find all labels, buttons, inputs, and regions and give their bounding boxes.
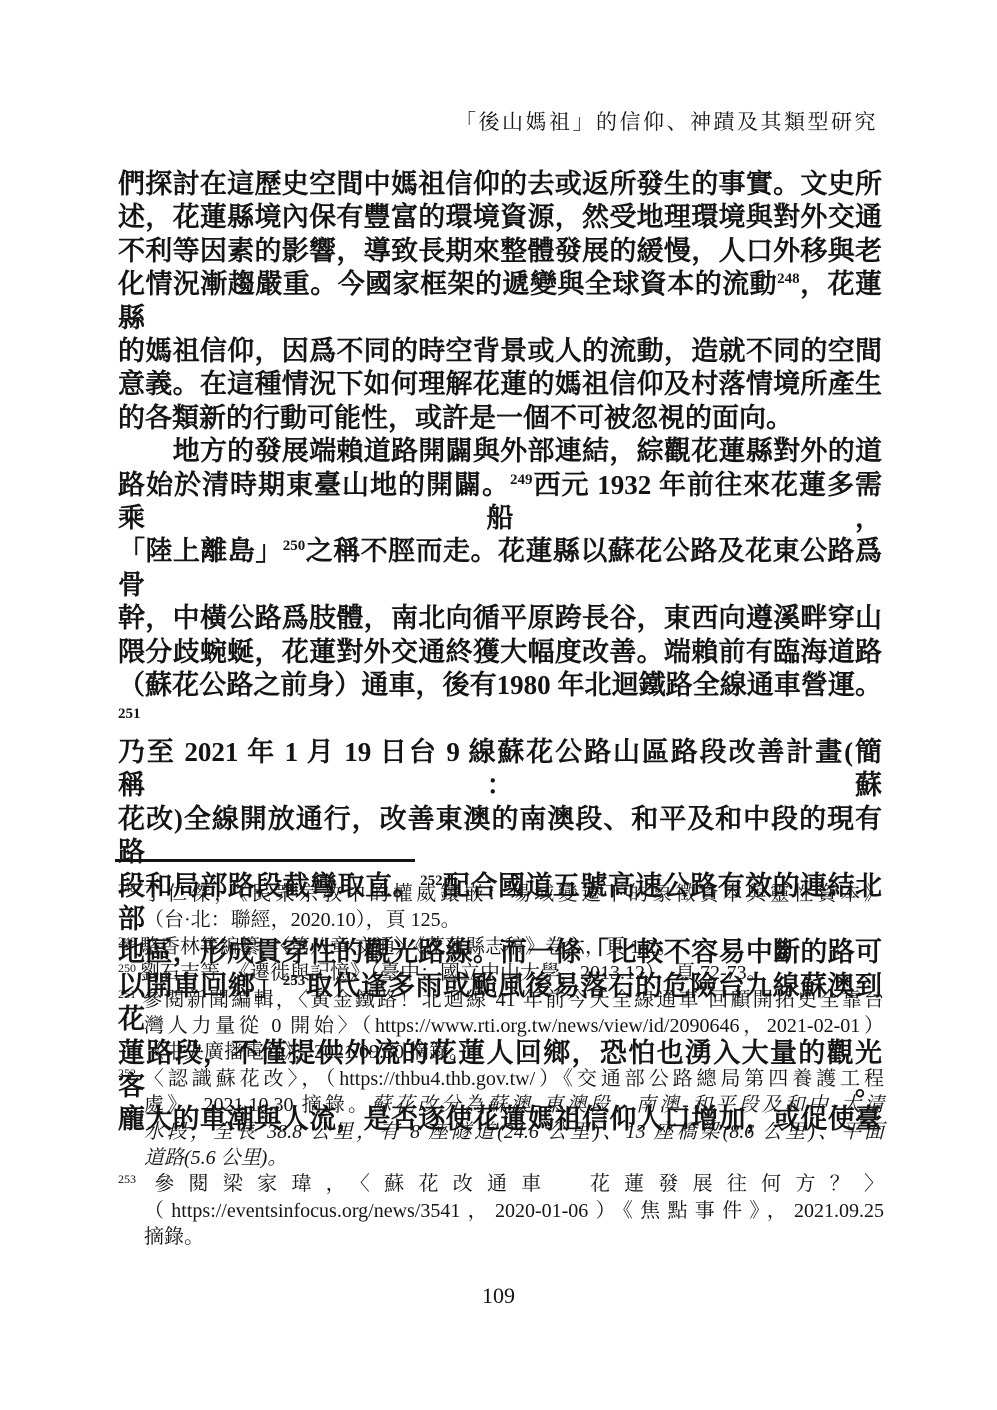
text-segment: 意義。在這種情況下如何理解花蓮的媽祖信仰及村落情境所產生	[118, 369, 882, 399]
footnote-ref: 249	[510, 472, 533, 488]
footnote-line: 處》，2021.10.30 摘錄。蘇花改分為蘇澳-東澳段、南澳-和平段及和中-大…	[118, 1092, 884, 1118]
footnote-ref: 251	[118, 706, 141, 722]
text-line: 路始於清時期東臺山地的開闢。249西元 1932 年前往來花蓮多需乘船，	[118, 469, 882, 536]
text-segment: 〈認識蘇花改〉，（https://thbu4.thb.gov.tw/）《交通部公…	[140, 1068, 884, 1090]
text-segment: 參閱新聞編輯，〈黃金鐵路！北迴線 41 年前今天全線通車 回顧開拓史全靠台	[140, 989, 884, 1011]
text-segment: 幹，中橫公路爲肢體，南北向循平原跨長谷，東西向遵溪畔穿山	[118, 603, 882, 633]
text-line: 的媽祖信仰，因爲不同的時空背景或人的流動，造就不同的空間	[118, 335, 882, 368]
footnote-line: 《中央廣播電台》，2021.09.30 摘錄。	[118, 1039, 884, 1065]
text-segment: 處》，2021.10.30 摘錄。	[144, 1094, 371, 1116]
text-line: 地方的發展端賴道路開闢與外部連結，綜觀花蓮縣對外的道	[118, 435, 882, 468]
running-header: 「後山媽祖」的信仰、神蹟及其類型研究	[118, 106, 878, 136]
footnote: 252〈認識蘇花改〉，（https://thbu4.thb.gov.tw/）《交…	[118, 1066, 884, 1092]
footnote-number: 252	[118, 1066, 136, 1080]
footnote-line: 水段，全長 38.8 公里，有 8 座隧道(24.6 公里)、13 座橋梁(8.…	[118, 1119, 884, 1145]
text-line: 乃至 2021 年 1 月 19 日台 9 線蘇花公路山區路段改善計畫(簡稱：蘇	[118, 736, 882, 803]
text-segment: 丁仁傑，《民衆宗教中的權威鑲嵌：場域變遷下的象徵資本與靈性資本》	[140, 883, 884, 905]
footnote-number: 253	[118, 1172, 136, 1186]
text-segment: 隈分歧蜿蜒，花蓮對外交通終獲大幅度改善。端賴前有臨海道路	[118, 637, 882, 667]
footnote-line: （台·北：聯經，2020.10），頁 125。	[118, 907, 884, 933]
text-segment: （台·北：聯經，2020.10），頁 125。	[144, 909, 461, 931]
text-segment: 的媽祖信仰，因爲不同的時空背景或人的流動，造就不同的空間	[118, 336, 882, 366]
text-segment: 劉石吉等，《遷徙與記憶》（臺中：國立中山大學，2013.12），頁 72-73。	[140, 962, 767, 984]
text-segment: 「陸上離島」	[118, 536, 283, 566]
footnote-number: 250	[118, 961, 136, 975]
text-segment: 化情況漸趨嚴重。今國家框架的遞變與全球資本的流動	[118, 269, 777, 299]
text-segment: （https://eventsinfocus.org/news/3541，202…	[144, 1200, 884, 1222]
footnote: 249駱香林等編纂，〈第八章 交通〉《花蓮縣志稿》卷六，頁 1-2。	[118, 934, 884, 960]
text-segment: 們探討在這歷史空間中媽祖信仰的去或返所發生的事實。文史所	[118, 169, 882, 199]
footnote-number: 248	[118, 881, 136, 895]
footnote-line: 道路(5.6 公里)。	[118, 1145, 884, 1171]
text-segment: 駱香林等編纂，〈第八章 交通〉《花蓮縣志稿》卷六，頁 1-2。	[140, 936, 677, 958]
kai-text-segment: 蘇花改分為蘇澳-東澳段、南澳-和平段及和中-大清	[371, 1094, 884, 1116]
text-segment: 《中央廣播電台》，2021.09.30 摘錄。	[144, 1041, 469, 1063]
text-line: （蘇花公路之前身）通車，後有1980 年北迴鐵路全線通車營運。251	[118, 669, 882, 736]
text-line: 們探討在這歷史空間中媽祖信仰的去或返所發生的事實。文史所	[118, 168, 882, 201]
text-line: 幹，中橫公路爲肢體，南北向循平原跨長谷，東西向遵溪畔穿山	[118, 602, 882, 635]
text-line: 隈分歧蜿蜒，花蓮對外交通終獲大幅度改善。端賴前有臨海道路	[118, 636, 882, 669]
footnotes-section: 248丁仁傑，《民衆宗教中的權威鑲嵌：場域變遷下的象徵資本與靈性資本》（台·北：…	[118, 881, 884, 1251]
footnote-number: 249	[118, 934, 136, 948]
text-line: 的各類新的行動可能性，或許是一個不可被忽視的面向。	[118, 402, 882, 435]
footnote-ref: 250	[283, 538, 306, 554]
text-segment: 灣人力量從 0 開始〉（https://www.rti.org.tw/news/…	[144, 1015, 884, 1037]
footnote-ref: 248	[777, 271, 800, 287]
footnote: 253參閱梁家瑋，〈蘇花改通車 花蓮發展往何方？〉	[118, 1171, 884, 1197]
footnote-line: 灣人力量從 0 開始〉（https://www.rti.org.tw/news/…	[118, 1013, 884, 1039]
text-line: 意義。在這種情況下如何理解花蓮的媽祖信仰及村落情境所產生	[118, 368, 882, 401]
text-segment: 乃至 2021 年 1 月 19 日台 9 線蘇花公路山區路段改善計畫(簡稱：蘇	[118, 737, 882, 800]
footnote-number: 251	[118, 987, 136, 1001]
text-segment: 路始於清時期東臺山地的開闢。	[118, 470, 510, 500]
footnote: 251參閱新聞編輯，〈黃金鐵路！北迴線 41 年前今天全線通車 回顧開拓史全靠台	[118, 987, 884, 1013]
footnote-line: 摘錄。	[118, 1224, 884, 1250]
page-number: 109	[0, 1283, 997, 1309]
text-segment: 地方的發展端賴道路開闢與外部連結，綜觀花蓮縣對外的道	[118, 436, 882, 466]
text-segment: 摘錄。	[144, 1226, 204, 1248]
text-line: 化情況漸趨嚴重。今國家框架的遞變與全球資本的流動248，花蓮縣	[118, 268, 882, 335]
footnote: 248丁仁傑，《民衆宗教中的權威鑲嵌：場域變遷下的象徵資本與靈性資本》	[118, 881, 884, 907]
text-line: 述，花蓮縣境內保有豐富的環境資源，然受地理環境與對外交通	[118, 201, 882, 234]
text-segment: （蘇花公路之前身）通車，後有1980 年北迴鐵路全線通車營運。	[118, 670, 882, 700]
footnote-separator	[115, 859, 415, 862]
text-segment: 的各類新的行動可能性，或許是一個不可被忽視的面向。	[118, 403, 793, 433]
text-line: 不利等因素的影響，導致長期來整體發展的緩慢，人口外移與老	[118, 235, 882, 268]
footnote-line: （https://eventsinfocus.org/news/3541，202…	[118, 1198, 884, 1224]
document-page: 「後山媽祖」的信仰、神蹟及其類型研究 們探討在這歷史空間中媽祖信仰的去或返所發生…	[0, 0, 997, 1410]
text-segment: 述，花蓮縣境內保有豐富的環境資源，然受地理環境與對外交通	[118, 202, 882, 232]
text-segment: 不利等因素的影響，導致長期來整體發展的緩慢，人口外移與老	[118, 236, 882, 266]
text-segment: 花改)全線開放通行，改善東澳的南澳段、和平及和中段的現有路	[118, 804, 882, 867]
text-line: 「陸上離島」250之稱不脛而走。花蓮縣以蘇花公路及花東公路爲骨	[118, 535, 882, 602]
text-segment: 參閱梁家瑋，〈蘇花改通車 花蓮發展往何方？〉	[140, 1173, 884, 1195]
footnote: 250劉石吉等，《遷徙與記憶》（臺中：國立中山大學，2013.12），頁 72-…	[118, 960, 884, 986]
kai-text-segment: 道路(5.6 公里)。	[144, 1147, 287, 1169]
kai-text-segment: 水段，全長 38.8 公里，有 8 座隧道(24.6 公里)、13 座橋梁(8.…	[144, 1121, 884, 1143]
